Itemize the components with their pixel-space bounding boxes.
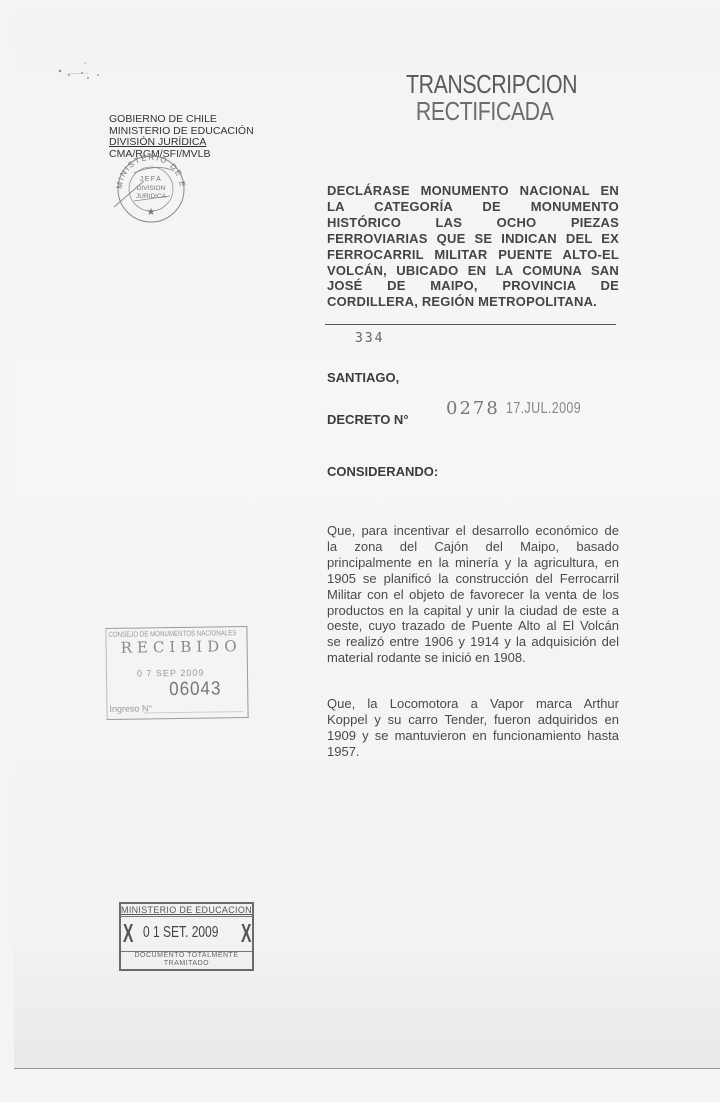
- recibido-number: 06043: [169, 678, 221, 701]
- recibido-word: RECIBIDO: [121, 637, 242, 657]
- paragraph-line: 1909 y se mantuvieron en funcionamiento …: [327, 728, 619, 744]
- title-line: VOLCÁN, UBICADO EN LA COMUNA SAN: [327, 263, 619, 279]
- title-divider: [325, 324, 616, 325]
- ministerio-stamp-header: MINISTERIO DE EDUCACION: [121, 904, 252, 917]
- document-page: GOBIERNO DE CHILE MINISTERIO DE EDUCACIÓ…: [14, 11, 720, 1069]
- paragraph-line: productos en la capital y unir la ciudad…: [327, 603, 619, 619]
- title-line: CORDILLERA, REGIÓN METROPOLITANA.: [327, 294, 619, 310]
- svg-text:★: ★: [147, 207, 156, 218]
- title-line: LA CATEGORÍA DE MONUMENTO: [327, 199, 619, 215]
- decree-number-stamp: 0278: [446, 398, 500, 419]
- scan-specks: [54, 51, 124, 81]
- considerando-paragraph-2: Que, la Locomotora a Vapor marca Arthur …: [327, 696, 619, 760]
- ministerio-tramitado-stamp: MINISTERIO DE EDUCACION X 0 1 SET. 2009 …: [119, 902, 254, 971]
- svg-text:DIVISION: DIVISION: [137, 185, 166, 192]
- ministerio-stamp-footer: DOCUMENTO TOTALMENTE TRAMITADO: [121, 951, 252, 968]
- title-line: FERROCARRIL MILITAR PUENTE ALTO-EL: [327, 247, 619, 263]
- paragraph-line: 1957.: [327, 744, 619, 760]
- considerando-paragraph-1: Que, para incentivar el desarrollo econó…: [327, 523, 619, 666]
- gobierno-text: GOBIERNO DE CHILE: [109, 114, 254, 126]
- paragraph-line: la zona del Cajón del Maipo, basado: [327, 539, 619, 555]
- x-mark-icon: X: [123, 918, 133, 948]
- paragraph-line: Que, para incentivar el desarrollo econó…: [327, 523, 619, 539]
- footer-line: DOCUMENTO TOTALMENTE: [121, 952, 252, 960]
- paragraph-line: 1905 se planificó la construcción del Fe…: [327, 571, 619, 587]
- paragraph-line: Que, la Locomotora a Vapor marca Arthur: [327, 696, 619, 712]
- handwritten-number: 334: [355, 331, 384, 346]
- svg-text:MINISTERIO DE EDUCACION: MINISTERIO DE EDUCACION: [112, 151, 187, 189]
- recibido-stamp: CONSEJO DE MONUMENTOS NACIONALES RECIBID…: [105, 626, 248, 720]
- title-line: HISTÓRICO LAS OCHO PIEZAS: [327, 215, 619, 231]
- considerando-label: CONSIDERANDO:: [327, 464, 438, 479]
- recibido-date: 0 7 SEP 2009: [137, 668, 205, 679]
- transcription-stamp: TRANSCRIPCION RECTIFICADA: [406, 71, 577, 125]
- title-line: DECLÁRASE MONUMENTO NACIONAL EN: [327, 183, 619, 199]
- footer-line: TRAMITADO: [121, 960, 252, 968]
- paragraph-line: material rodante se inició en 1908.: [327, 650, 619, 666]
- ministerio-stamp-date: 0 1 SET. 2009: [143, 924, 218, 942]
- paragraph-line: Militar con el objeto de favorecer la ve…: [327, 587, 619, 603]
- decree-date-stamp: 17.JUL.2009: [506, 400, 581, 418]
- santiago-label: SANTIAGO,: [327, 370, 399, 385]
- paragraph-line: Koppel y su carro Tender, fueron adquiri…: [327, 712, 619, 728]
- paragraph-line: principalmente en la minería y la agricu…: [327, 555, 619, 571]
- decree-title: DECLÁRASE MONUMENTO NACIONAL EN LA CATEG…: [327, 183, 619, 310]
- title-line: FERROVIARIAS QUE SE INDICAN DEL EX: [327, 231, 619, 247]
- ingreso-dotted-line: [145, 711, 243, 713]
- division-text: DIVISIÓN JURÍDICA: [109, 137, 254, 149]
- official-seal-icon: MINISTERIO DE EDUCACION JEFA DIVISION JU…: [112, 151, 190, 223]
- title-line: JOSÉ DE MAIPO, PROVINCIA DE: [327, 278, 619, 294]
- transcription-line2: RECTIFICADA: [416, 98, 577, 125]
- x-mark-icon: X: [241, 918, 251, 948]
- paragraph-line: oeste, cuyo trazado de Puente Alto al El…: [327, 618, 619, 634]
- transcription-line1: TRANSCRIPCION: [406, 71, 577, 98]
- decreto-label: DECRETO N°: [327, 412, 409, 427]
- paragraph-line: se realizó entre 1906 y 1914 y la adquis…: [327, 634, 619, 650]
